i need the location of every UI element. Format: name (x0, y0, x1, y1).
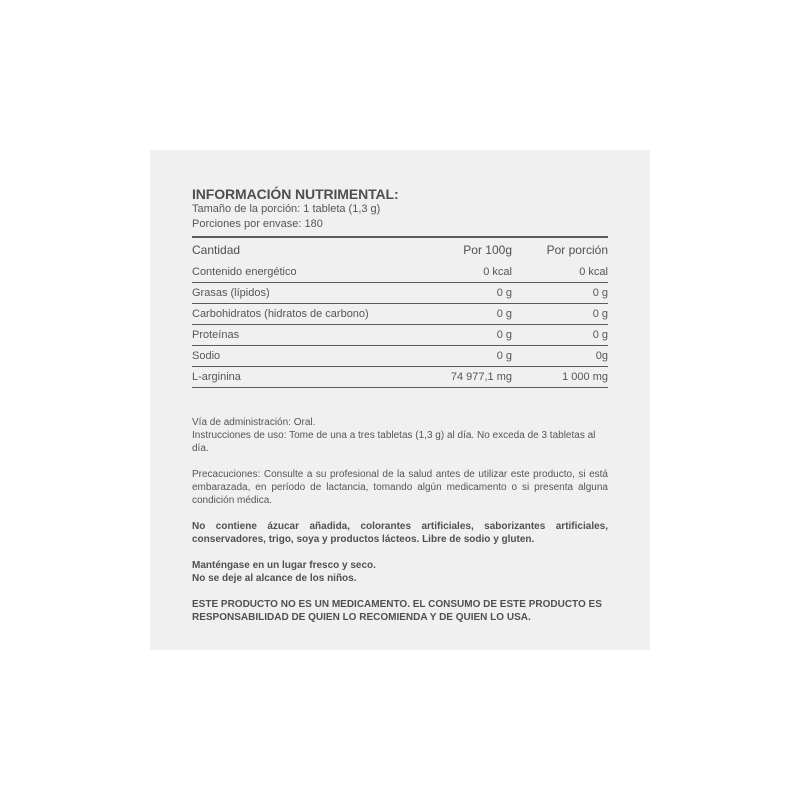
storage-line-2: No se deje al alcance de los niños. (192, 572, 608, 585)
free-from-section: No contiene ázucar añadida, colorantes a… (192, 520, 608, 546)
table-row: L-arginina 74 977,1 mg 1 000 mg (192, 367, 608, 388)
servings-per-container: Porciones por envase: 180 (192, 217, 608, 232)
usage-section: Vía de administración: Oral. Instruccion… (192, 416, 608, 455)
free-from-text: No contiene ázucar añadida, colorantes a… (192, 520, 608, 546)
table-row: Grasas (lípidos) 0 g 0 g (192, 283, 608, 304)
nutrient-per-100g: 0 g (402, 350, 512, 362)
header-per-serving: Por porción (512, 243, 608, 257)
nutrient-name: L-arginina (192, 371, 402, 383)
nutrition-label-panel: INFORMACIÓN NUTRIMENTAL: Tamaño de la po… (150, 150, 650, 650)
nutrient-name: Contenido energético (192, 266, 402, 278)
administration-route: Vía de administración: Oral. (192, 416, 608, 429)
nutrient-per-100g: 0 g (402, 308, 512, 320)
nutrient-per-serving: 0 g (512, 308, 608, 320)
nutrient-per-serving: 0 g (512, 329, 608, 341)
header-per-100g: Por 100g (402, 243, 512, 257)
nutrient-per-100g: 0 g (402, 287, 512, 299)
storage-section: Manténgase en un lugar fresco y seco. No… (192, 559, 608, 585)
table-row: Carbohidratos (hidratos de carbono) 0 g … (192, 304, 608, 325)
nutrient-name: Sodio (192, 350, 402, 362)
nutrient-per-100g: 0 kcal (402, 266, 512, 278)
disclaimer-text: ESTE PRODUCTO NO ES UN MEDICAMENTO. EL C… (192, 598, 608, 624)
nutrient-per-serving: 0 g (512, 287, 608, 299)
serving-size: Tamaño de la porción: 1 tableta (1,3 g) (192, 202, 608, 217)
table-header-row: Cantidad Por 100g Por porción (192, 238, 608, 262)
precautions-section: Precacuciones: Consulte a su profesional… (192, 468, 608, 507)
nutrition-label-content: INFORMACIÓN NUTRIMENTAL: Tamaño de la po… (192, 186, 608, 624)
storage-line-1: Manténgase en un lugar fresco y seco. (192, 559, 608, 572)
nutrient-name: Proteínas (192, 329, 402, 341)
nutrient-per-serving: 0g (512, 350, 608, 362)
disclaimer-section: ESTE PRODUCTO NO ES UN MEDICAMENTO. EL C… (192, 598, 608, 624)
table-row: Proteínas 0 g 0 g (192, 325, 608, 346)
nutrient-per-100g: 0 g (402, 329, 512, 341)
nutrient-per-serving: 1 000 mg (512, 371, 608, 383)
precautions-text: Precacuciones: Consulte a su profesional… (192, 468, 608, 507)
header-quantity: Cantidad (192, 243, 402, 257)
usage-instructions: Instrucciones de uso: Tome de una a tres… (192, 429, 608, 455)
table-row: Sodio 0 g 0g (192, 346, 608, 367)
table-row: Contenido energético 0 kcal 0 kcal (192, 262, 608, 283)
label-title: INFORMACIÓN NUTRIMENTAL: (192, 186, 608, 202)
nutrient-per-serving: 0 kcal (512, 266, 608, 278)
nutrient-per-100g: 74 977,1 mg (402, 371, 512, 383)
nutrition-table: Cantidad Por 100g Por porción Contenido … (192, 236, 608, 388)
nutrient-name: Grasas (lípidos) (192, 287, 402, 299)
nutrient-name: Carbohidratos (hidratos de carbono) (192, 308, 402, 320)
